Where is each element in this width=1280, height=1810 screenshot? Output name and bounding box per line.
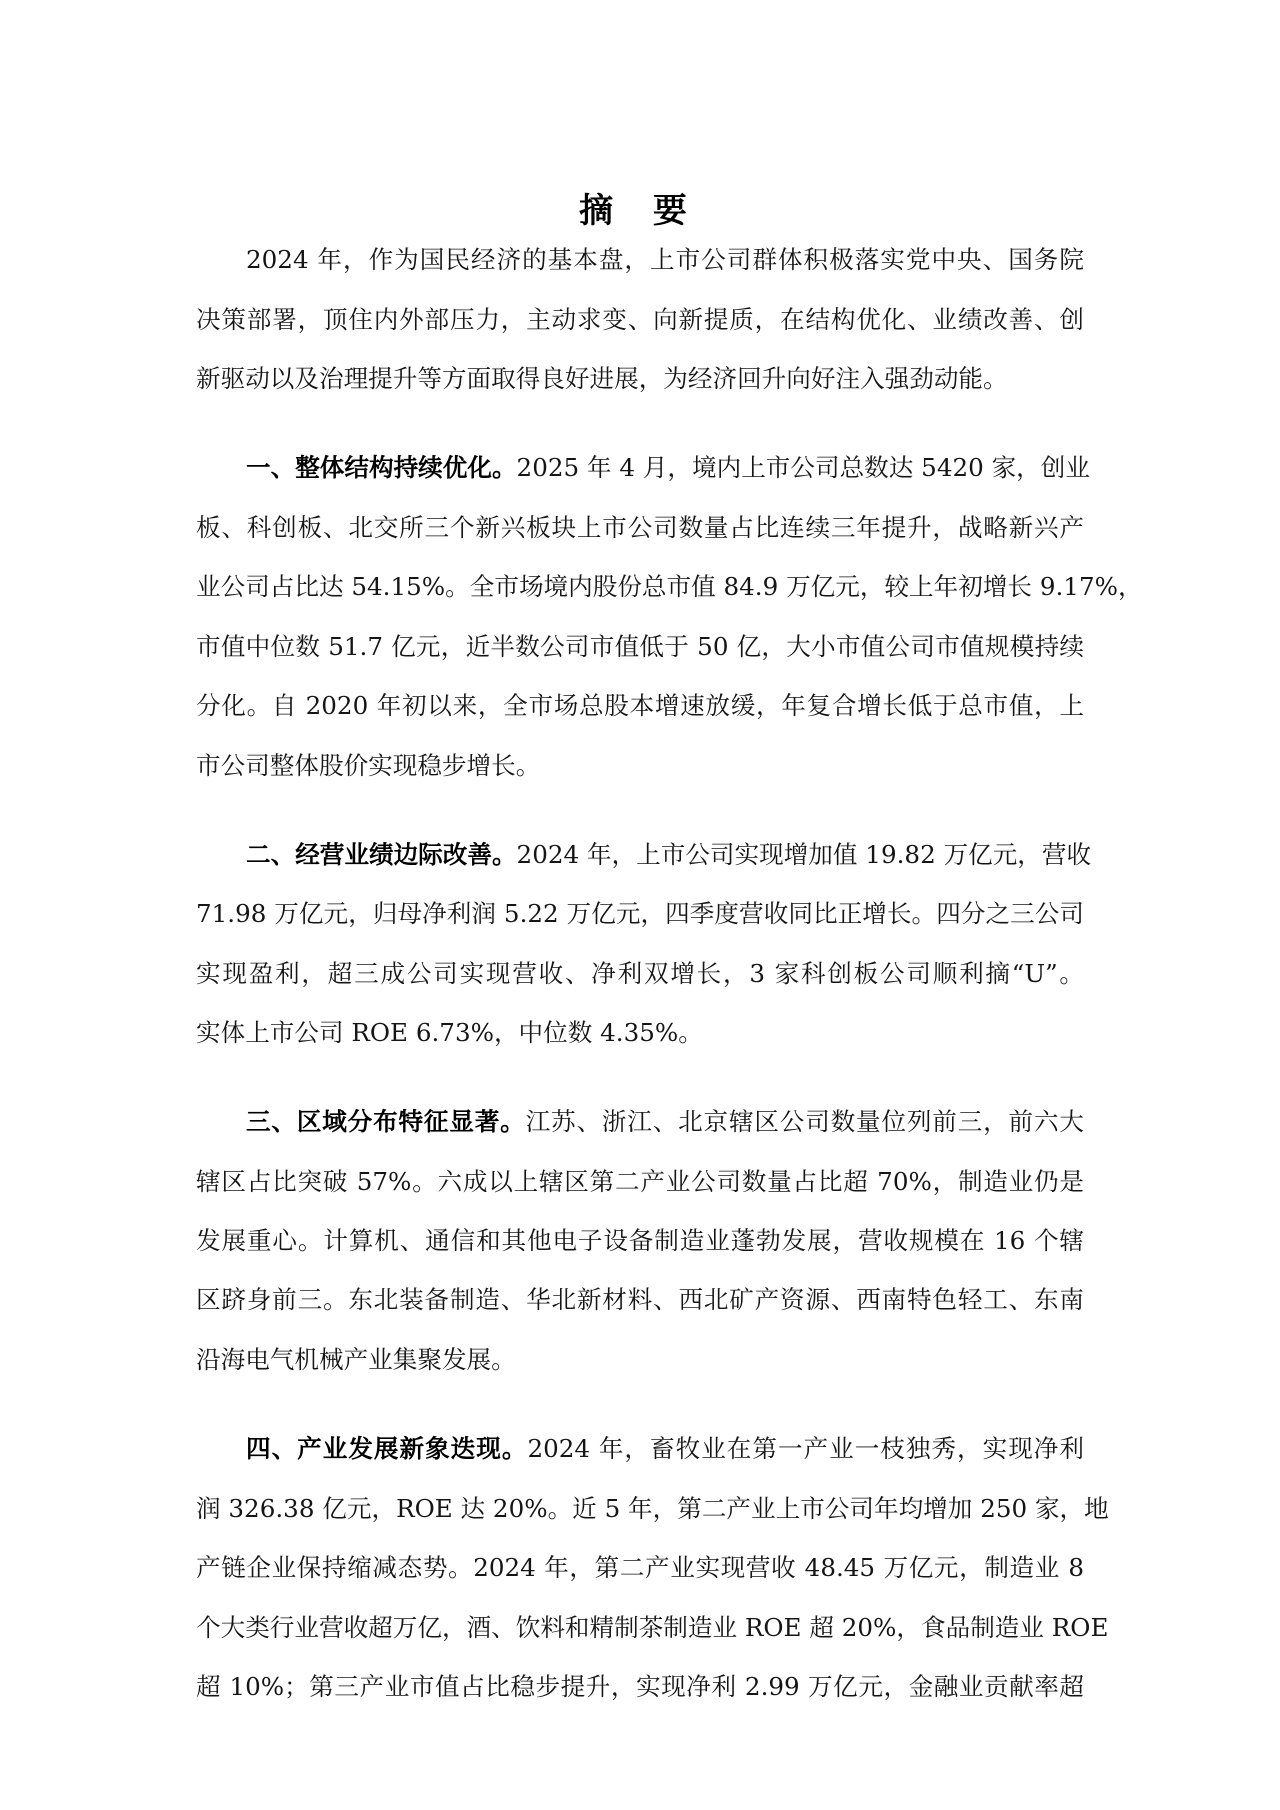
section-3-first-line: 三、区域分布特征显著。江苏、浙江、北京辖区公司数量位列前三，前六大	[246, 1102, 1084, 1142]
text-line: 分化。自 2020 年初以来，全市场总股本增速放缓，年复合增长低于总市值，上	[196, 686, 1084, 726]
text-line: 个大类行业营收超万亿，酒、饮料和精制茶制造业 ROE 超 20%，食品制造业 R…	[196, 1608, 1084, 1648]
section-1-first-line: 一、整体结构持续优化。2025 年 4 月，境内上市公司总数达 5420 家，创…	[246, 448, 1084, 488]
text-span: 2024 年，畜牧业在第一产业一枝独秀，实现净利	[527, 1434, 1084, 1463]
text-span: 江苏、浙江、北京辖区公司数量位列前三，前六大	[526, 1107, 1084, 1136]
section-heading: 三、区域分布特征显著。	[246, 1107, 526, 1136]
text-line: 市值中位数 51.7 亿元，近半数公司市值低于 50 亿，大小市值公司市值规模持…	[196, 627, 1084, 667]
text-line: 超 10%；第三产业市值占比稳步提升，实现净利 2.99 万亿元，金融业贡献率超	[196, 1667, 1084, 1707]
text-line: 2024 年，作为国民经济的基本盘，上市公司群体积极落实党中央、国务院	[246, 240, 1084, 280]
text-line: 沿海电气机械产业集聚发展。	[196, 1340, 1084, 1380]
text-line: 业公司占比达 54.15%。全市场境内股份总市值 84.9 万亿元，较上年初增长…	[196, 567, 1084, 607]
text-span: 2024 年，上市公司实现增加值 19.82 万亿元，营收	[517, 840, 1092, 869]
text-line: 71.98 万亿元，归母净利润 5.22 万亿元，四季度营收同比正增长。四分之三…	[196, 894, 1084, 934]
section-heading: 一、整体结构持续优化。	[246, 453, 517, 482]
text-line: 产链企业保持缩减态势。2024 年，第二产业实现营收 48.45 万亿元，制造业…	[196, 1548, 1084, 1588]
text-line: 实现盈利，超三成公司实现营收、净利双增长，3 家科创板公司顺利摘“U”。	[196, 954, 1084, 994]
page-title: 摘 要	[0, 183, 1280, 232]
text-line: 实体上市公司 ROE 6.73%，中位数 4.35%。	[196, 1013, 1084, 1053]
text-line: 市公司整体股价实现稳步增长。	[196, 746, 1084, 786]
section-heading: 四、产业发展新象迭现。	[246, 1434, 527, 1463]
text-line: 板、科创板、北交所三个新兴板块上市公司数量占比连续三年提升，战略新兴产	[196, 508, 1084, 548]
text-line: 润 326.38 亿元，ROE 达 20%。近 5 年，第二产业上市公司年均增加…	[196, 1489, 1084, 1529]
text-line: 发展重心。计算机、通信和其他电子设备制造业蓬勃发展，营收规模在 16 个辖	[196, 1221, 1084, 1261]
text-line: 新驱动以及治理提升等方面取得良好进展，为经济回升向好注入强劲动能。	[196, 359, 1084, 399]
text-line: 区跻身前三。东北装备制造、华北新材料、西北矿产资源、西南特色轻工、东南	[196, 1280, 1084, 1320]
section-2-first-line: 二、经营业绩边际改善。2024 年，上市公司实现增加值 19.82 万亿元，营收	[246, 835, 1084, 875]
section-heading: 二、经营业绩边际改善。	[246, 840, 517, 869]
text-line: 辖区占比突破 57%。六成以上辖区第二产业公司数量占比超 70%，制造业仍是	[196, 1162, 1084, 1202]
text-line: 决策部署，顶住内外部压力，主动求变、向新提质，在结构优化、业绩改善、创	[196, 300, 1084, 340]
document-page: 摘 要 2024 年，作为国民经济的基本盘，上市公司群体积极落实党中央、国务院 …	[0, 0, 1280, 1810]
section-4-first-line: 四、产业发展新象迭现。2024 年，畜牧业在第一产业一枝独秀，实现净利	[246, 1429, 1084, 1469]
text-span: 2025 年 4 月，境内上市公司总数达 5420 家，创业	[517, 453, 1090, 482]
